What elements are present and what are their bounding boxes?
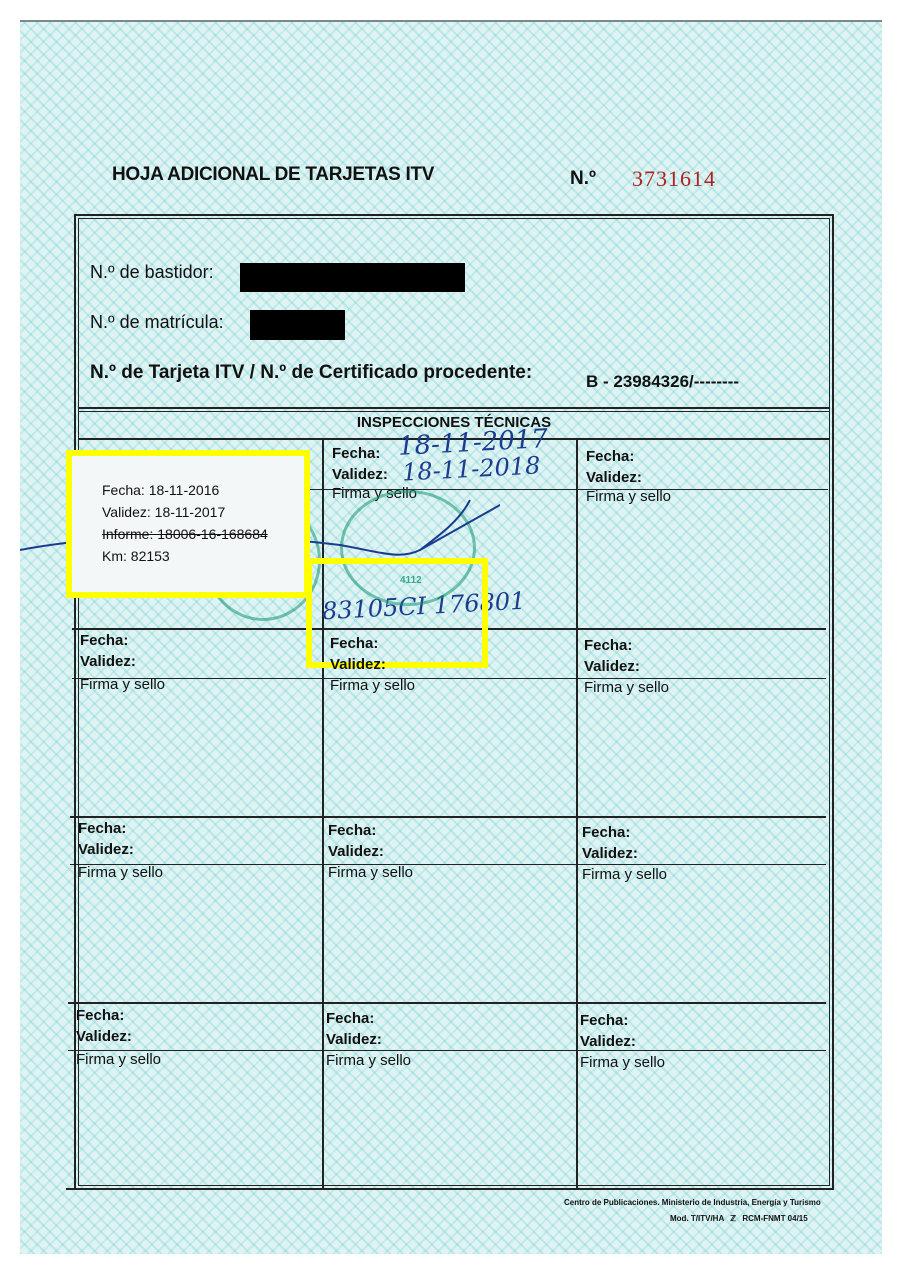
sticker-validez: Validez: 18-11-2017 xyxy=(102,502,225,523)
validez-label: Validez: xyxy=(582,843,667,864)
cell-3: Fecha: Validez: Firma y sello xyxy=(586,446,671,505)
matricula-redaction xyxy=(250,310,345,340)
cell-9: Fecha: Validez: Firma y sello xyxy=(582,822,667,883)
firma-label: Firma y sello xyxy=(580,1054,665,1071)
validez-label: Validez: xyxy=(586,467,671,488)
cell-5: Fecha: Validez: Firma y sello xyxy=(330,633,415,694)
cell-7: Fecha: Validez: Firma y sello xyxy=(78,818,163,881)
footer-model-line: Mod. T/ITV/HA ℤ RCM-FNMT 04/15 xyxy=(670,1214,808,1223)
cell-10: Fecha: Validez: Firma y sello xyxy=(76,1005,161,1068)
footer-model: Mod. T/ITV/HA xyxy=(670,1214,724,1223)
firma-label: Firma y sello xyxy=(326,1052,411,1069)
document-number-value: 3731614 xyxy=(632,166,716,192)
sticker-informe: Informe: 18006-16-168684 xyxy=(102,524,268,545)
firma-divider-4 xyxy=(68,1050,826,1051)
fecha-label: Fecha: xyxy=(80,630,165,651)
itv-sticker: Fecha: 18-11-2016 Validez: 18-11-2017 In… xyxy=(66,450,310,598)
fecha-label: Fecha: xyxy=(326,1008,411,1029)
firma-label: Firma y sello xyxy=(80,676,165,693)
document-number-label: N.º xyxy=(570,168,596,190)
cell-4: Fecha: Validez: Firma y sello xyxy=(80,630,165,693)
firma-label: Firma y sello xyxy=(328,864,413,881)
firma-label: Firma y sello xyxy=(78,864,163,881)
validez-label: Validez: xyxy=(80,651,165,672)
divider-top-thin xyxy=(78,411,830,412)
bastidor-label: N.º de bastidor: xyxy=(90,262,214,283)
validez-label: Validez: xyxy=(584,656,669,677)
firma-divider-3 xyxy=(70,864,826,865)
matricula-label: N.º de matrícula: xyxy=(90,312,224,333)
fecha-label: Fecha: xyxy=(580,1010,665,1031)
cell-6: Fecha: Validez: Firma y sello xyxy=(584,635,669,696)
fnmt-logo-icon: ℤ xyxy=(730,1214,736,1223)
sticker-fecha: Fecha: 18-11-2016 xyxy=(102,480,219,501)
validez-label: Validez: xyxy=(330,654,415,675)
bastidor-redaction xyxy=(240,263,465,292)
validez-label: Validez: xyxy=(328,841,413,862)
cell-12: Fecha: Validez: Firma y sello xyxy=(580,1010,665,1071)
fecha-label: Fecha: xyxy=(330,633,415,654)
row-divider-4 xyxy=(66,1188,828,1190)
row-divider-3 xyxy=(68,1002,826,1004)
validez-label: Validez: xyxy=(580,1031,665,1052)
fecha-label: Fecha: xyxy=(76,1005,161,1026)
tarjeta-value: B - 23984326/-------- xyxy=(586,372,739,392)
fecha-label: Fecha: xyxy=(582,822,667,843)
firma-label: Firma y sello xyxy=(330,677,415,694)
row-divider-2 xyxy=(70,816,826,818)
firma-label: Firma y sello xyxy=(584,679,669,696)
cell-8: Fecha: Validez: Firma y sello xyxy=(328,820,413,881)
validez-label: Validez: xyxy=(76,1026,161,1047)
validez-label: Validez: xyxy=(326,1029,411,1050)
divider-top xyxy=(78,407,830,409)
validez-label: Validez: xyxy=(78,839,163,860)
fecha-label: Fecha: xyxy=(586,446,671,467)
fecha-label: Fecha: xyxy=(328,820,413,841)
footer-print-code: RCM-FNMT 04/15 xyxy=(742,1214,807,1223)
footer-publisher: Centro de Publicaciones. Ministerio de I… xyxy=(564,1198,821,1207)
tarjeta-label: N.º de Tarjeta ITV / N.º de Certificado … xyxy=(90,362,532,384)
document-title: HOJA ADICIONAL DE TARJETAS ITV xyxy=(112,164,434,186)
col-divider-2 xyxy=(576,438,578,1190)
firma-divider-2 xyxy=(72,678,826,679)
fecha-label: Fecha: xyxy=(584,635,669,656)
cell-11: Fecha: Validez: Firma y sello xyxy=(326,1008,411,1069)
firma-label: Firma y sello xyxy=(586,488,671,505)
firma-label: Firma y sello xyxy=(76,1051,161,1068)
fecha-label: Fecha: xyxy=(78,818,163,839)
sticker-km: Km: 82153 xyxy=(102,546,170,567)
firma-label: Firma y sello xyxy=(582,866,667,883)
